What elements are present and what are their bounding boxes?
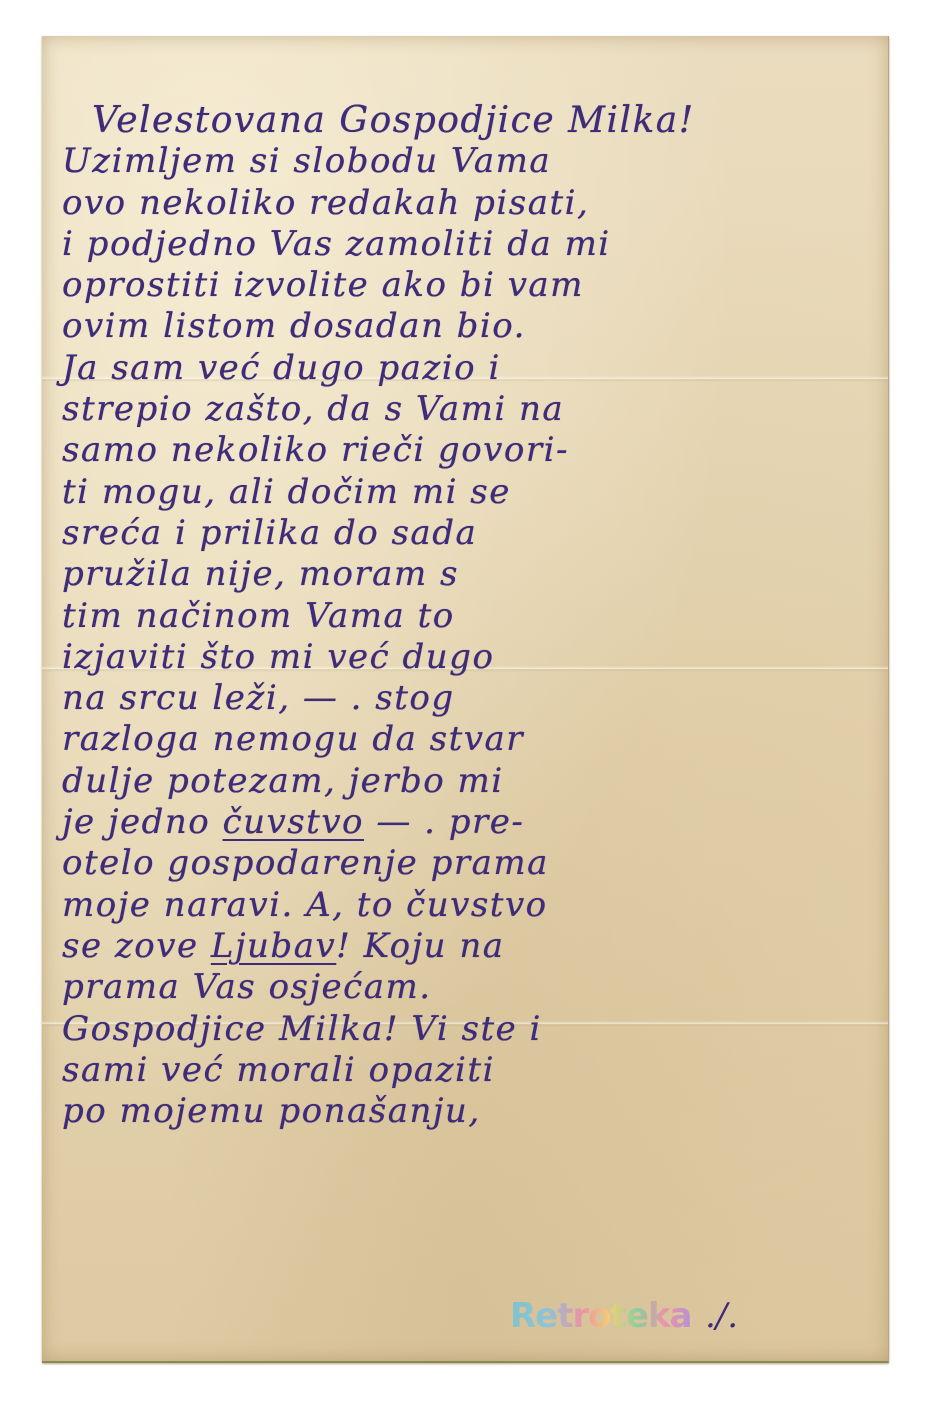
letter-line: razloga nemogu da stvar — [62, 719, 882, 760]
letter-line: se zove Ljubav! Koju na — [62, 926, 882, 967]
letter-line: sreća i prilika do sada — [62, 513, 882, 554]
retroteka-watermark-logo: Retroteka — [510, 1296, 692, 1336]
letter-salutation: Velestovana Gospodjice Milka! — [62, 100, 882, 141]
handwritten-letter: Velestovana Gospodjice Milka! Uzimljem s… — [62, 100, 882, 1132]
letter-line: oprostiti izvolite ako bi vam — [62, 265, 882, 306]
underlined-word: čuvstvo — [223, 802, 364, 842]
letter-line: i podjedno Vas zamoliti da mi — [62, 224, 882, 265]
letter-line: pružila nije, moram s — [62, 554, 882, 595]
letter-line: Uzimljem si slobodu Vama — [62, 141, 882, 182]
page-continuation-mark: ./. — [705, 1296, 738, 1336]
letter-line: strepio zašto, da s Vami na — [62, 389, 882, 430]
letter-line: ti mogu, ali dočim mi se — [62, 472, 882, 513]
letter-line: ovim listom dosadan bio. — [62, 306, 882, 347]
letter-line: moje naravi. A, to čuvstvo — [62, 885, 882, 926]
letter-line: Ja sam već dugo pazio i — [62, 348, 882, 389]
letter-line: na srcu leži, — . stog — [62, 678, 882, 719]
letter-line: samo nekoliko rieči govori- — [62, 430, 882, 471]
letter-line: ovo nekoliko redakah pisati, — [62, 183, 882, 224]
letter-line: tim načinom Vama to — [62, 596, 882, 637]
underlined-word: Ljubav — [211, 926, 336, 966]
letter-line: izjaviti što mi već dugo — [62, 637, 882, 678]
letter-line: po mojemu ponašanju, — [62, 1091, 882, 1132]
letter-line: je jedno čuvstvo — . pre- — [62, 802, 882, 843]
letter-line: prama Vas osjećam. — [62, 967, 882, 1008]
letter-line: otelo gospodarenje prama — [62, 843, 882, 884]
letter-line: sami već morali opaziti — [62, 1050, 882, 1091]
letter-line: dulje potezam, jerbo mi — [62, 761, 882, 802]
letter-line: Gospodjice Milka! Vi ste i — [62, 1009, 882, 1050]
